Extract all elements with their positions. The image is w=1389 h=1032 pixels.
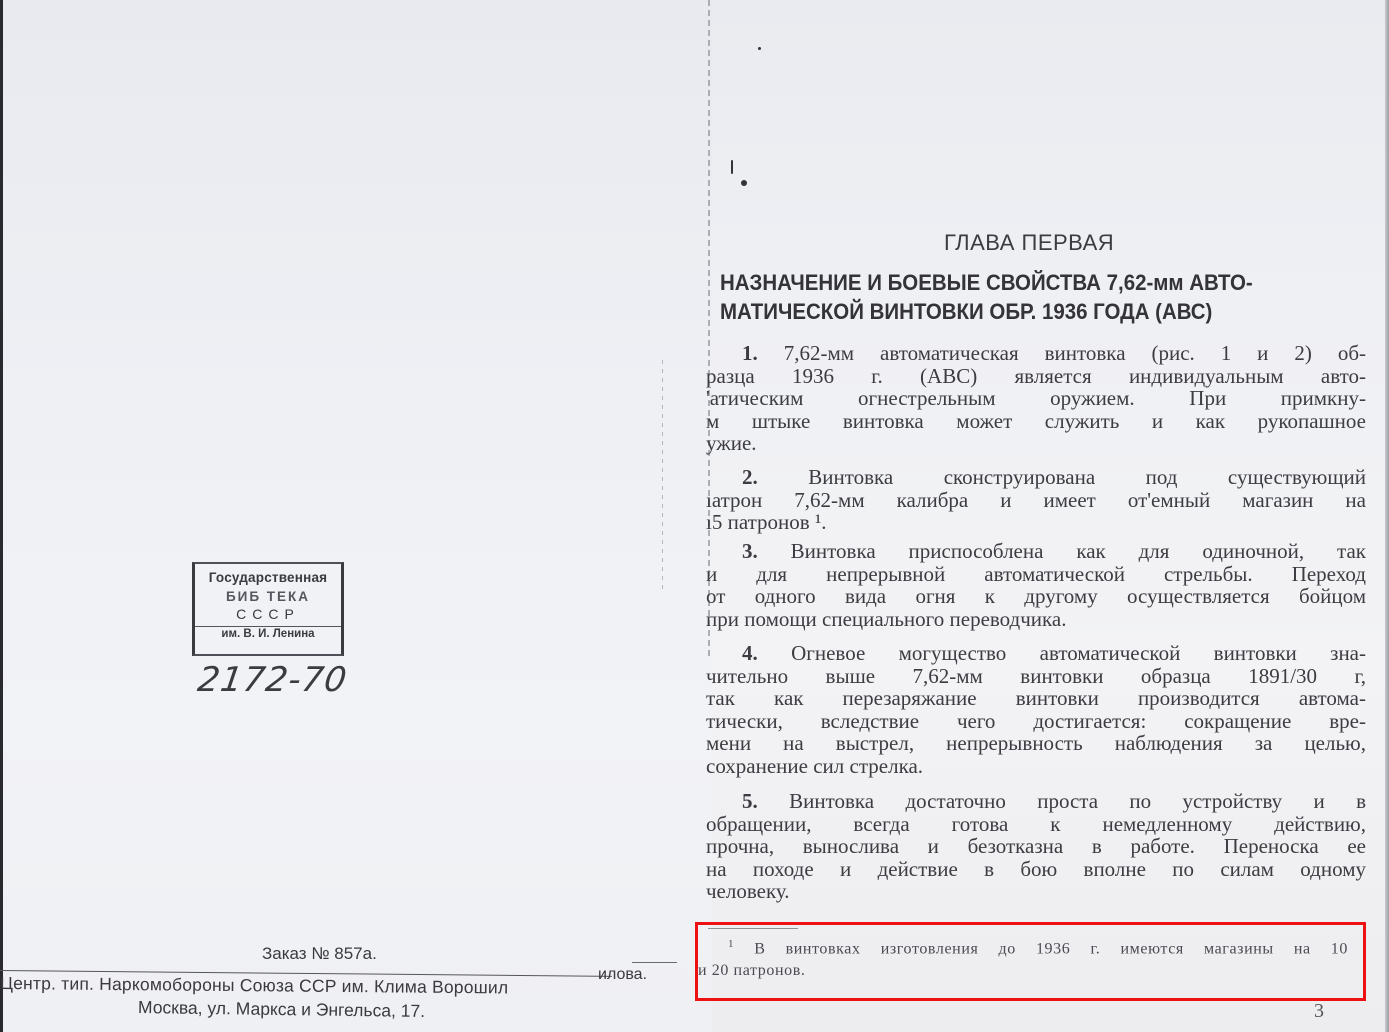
text-line: тически, вследствие чего достигается: со… — [706, 710, 1366, 733]
chapter-label: ГЛАВА ПЕРВАЯ — [944, 230, 1114, 256]
paragraph-number: 1. — [742, 341, 758, 365]
text-line: на походе и действие в бою вполне по сил… — [706, 858, 1366, 881]
text-line: 4. Огневое могущество автоматической вин… — [706, 642, 1366, 665]
paragraph-number: 4. — [742, 641, 758, 665]
text-line: прочна, вынослива и безотказна в работе.… — [706, 835, 1366, 858]
text-line: ıатрон 7,62-мм калибра и имеет от'емный … — [706, 489, 1366, 512]
printer-line-2: Москва, ул. Маркса и Энгельса, 17. — [138, 997, 425, 1022]
stamp-line: СССР — [195, 606, 341, 622]
stamp-line: БИБ ТЕКА — [195, 589, 341, 604]
text-line: человеку. — [706, 880, 1366, 903]
chapter-title: НАЗНАЧЕНИЕ И БОЕВЫЕ СВОЙСТВА 7,62-мм АВТ… — [720, 268, 1323, 326]
page-number: 3 — [1314, 1000, 1324, 1023]
printer-line-1: Центр. тип. Наркомобороны Союза ССР им. … — [0, 973, 508, 998]
paragraph-5: 5. Винтовка достаточно проста по устройс… — [706, 790, 1366, 903]
paragraph-3: 3. Винтовка приспособлена как для одиноч… — [706, 540, 1366, 630]
text-line: 3. Винтовка приспособлена как для одиноч… — [706, 540, 1366, 563]
text-line: чительно выше 7,62-мм винтовки образца 1… — [706, 665, 1366, 688]
text-line: 5. Винтовка достаточно проста по устройс… — [706, 790, 1366, 813]
ink-speck — [731, 160, 733, 174]
text-line: разца 1936 г. (АВС) является индивидуаль… — [706, 365, 1366, 388]
scan-edge-left — [0, 0, 3, 1032]
paragraph-1: 1. 7,62-мм автоматическая винтовка (рис.… — [706, 342, 1366, 455]
library-stamp: Государственная БИБ ТЕКА СССР им. В. И. … — [192, 562, 344, 656]
text-line: от одного вида огня к другому осуществля… — [706, 585, 1366, 608]
imprint-divider — [632, 962, 677, 963]
text-line: ı5 патронов ¹. — [706, 511, 1366, 534]
stamp-line: им. В. И. Ленина — [195, 626, 341, 640]
title-line: МАТИЧЕСКОЙ ВИНТОВКИ ОБР. 1936 ГОДА (АВС) — [720, 297, 1323, 326]
order-number: Заказ № 857а. — [262, 944, 377, 964]
text-line: при помощи специального переводчика. — [706, 608, 1366, 631]
footnote-highlight-box — [695, 922, 1366, 1001]
ink-speck — [758, 47, 761, 50]
paragraph-number: 2. — [742, 465, 758, 489]
text-line: обращении, всегда готова к немедленному … — [706, 813, 1366, 836]
paragraph-2: 2. Винтовка сконструирована под существу… — [706, 466, 1366, 534]
text-line: 'атическим огнестрельным оружием. При пр… — [706, 387, 1366, 410]
handwritten-shelfmark: 2172-70 — [195, 660, 350, 700]
text-line: м штыке винтовка может служить и как рук… — [706, 410, 1366, 433]
title-line: НАЗНАЧЕНИЕ И БОЕВЫЕ СВОЙСТВА 7,62-мм АВТ… — [720, 268, 1323, 297]
text-line: мени на выстрел, непрерывность наблюдени… — [706, 732, 1366, 755]
text-line: ужие. — [706, 432, 1366, 455]
page-fold-shadow — [662, 360, 663, 590]
paragraph-number: 3. — [742, 539, 758, 563]
scan-edge-right — [1385, 0, 1389, 1032]
paragraph-number: 5. — [742, 789, 758, 813]
text-line: и для непрерывной автоматической стрельб… — [706, 563, 1366, 586]
text-line: 1. 7,62-мм автоматическая винтовка (рис.… — [706, 342, 1366, 365]
ink-speck — [741, 180, 747, 186]
printer-line-fragment: илова. — [598, 966, 647, 984]
text-line: сохранение сил стрелка. — [706, 755, 1366, 778]
left-page — [0, 0, 712, 1032]
text-line: так как перезаряжание винтовки производи… — [706, 687, 1366, 710]
stamp-line: Государственная — [195, 570, 341, 585]
paragraph-4: 4. Огневое могущество автоматической вин… — [706, 642, 1366, 778]
text-line: 2. Винтовка сконструирована под существу… — [706, 466, 1366, 489]
